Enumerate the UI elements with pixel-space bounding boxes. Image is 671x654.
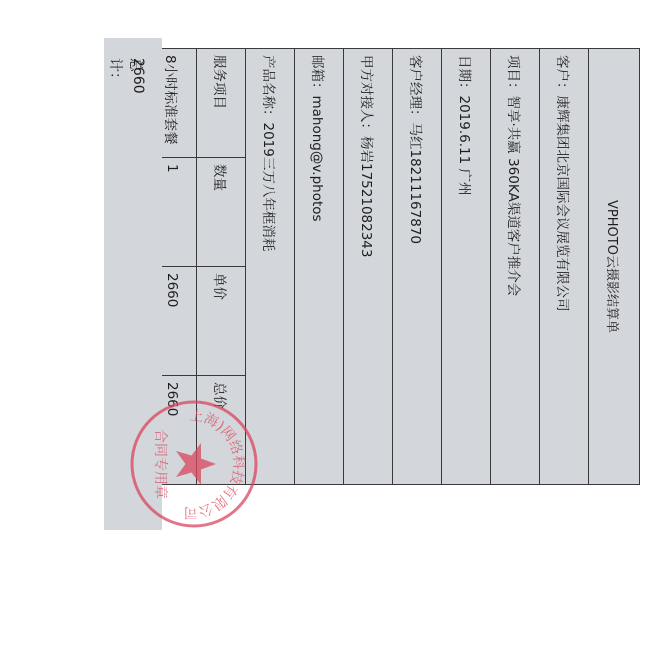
field-label: 邮箱： <box>309 55 325 96</box>
field-label: 日期： <box>456 55 472 96</box>
field-label: 客户经理： <box>407 55 423 123</box>
field-row-client-contact: 甲方对接人：杨岩17521082343 <box>344 49 393 485</box>
field-value-project: 智享·共赢 360KA渠道客户推介会 <box>505 96 521 297</box>
title-row: VPHOTO云摄影结算单 <box>589 49 640 485</box>
field-label: 产品名称： <box>260 55 276 123</box>
field-label: 项目： <box>505 55 521 96</box>
settlement-table: VPHOTO云摄影结算单 客户：康辉集团北京国际会议展览有限公司 项目：智享·共… <box>147 48 640 485</box>
header-quantity: 数量 <box>197 158 246 267</box>
header-total-price: 总价 <box>197 376 246 485</box>
settlement-document: VPHOTO云摄影结算单 客户：康辉集团北京国际会议展览有限公司 项目：智享·共… <box>77 48 640 530</box>
field-row-customer: 客户：康辉集团北京国际会议展览有限公司 <box>540 49 589 485</box>
field-row-project: 项目：智享·共赢 360KA渠道客户推介会 <box>491 49 540 485</box>
field-value-email: mahong@v.photos <box>309 96 325 222</box>
field-row-account-manager: 客户经理：马红18211167870 <box>393 49 442 485</box>
document-sheet: VPHOTO云摄影结算单 客户：康辉集团北京国际会议展览有限公司 项目：智享·共… <box>77 48 640 530</box>
field-label: 甲方对接人： <box>358 55 374 136</box>
header-service-item: 服务项目 <box>197 49 246 158</box>
field-value-client-contact: 杨岩17521082343 <box>358 136 374 257</box>
field-value-customer: 康辉集团北京国际会议展览有限公司 <box>554 96 570 312</box>
header-unit-price: 单价 <box>197 267 246 376</box>
total-value: 2660 <box>130 58 146 94</box>
field-value-account-manager: 马红18211167870 <box>407 123 423 244</box>
total-strip: 总计：2660 <box>104 38 162 530</box>
table-header-row: 服务项目 数量 单价 总价 <box>197 49 246 485</box>
field-label: 客户： <box>554 55 570 96</box>
field-row-product: 产品名称：2019三万八年框消耗 <box>246 49 295 485</box>
field-row-email: 邮箱：mahong@v.photos <box>295 49 344 485</box>
field-value-product: 2019三万八年框消耗 <box>260 123 276 252</box>
field-row-date: 日期：2019.6.11 广州 <box>442 49 491 485</box>
field-value-date: 2019.6.11 广州 <box>456 96 472 196</box>
document-title: VPHOTO云摄影结算单 <box>589 49 640 485</box>
